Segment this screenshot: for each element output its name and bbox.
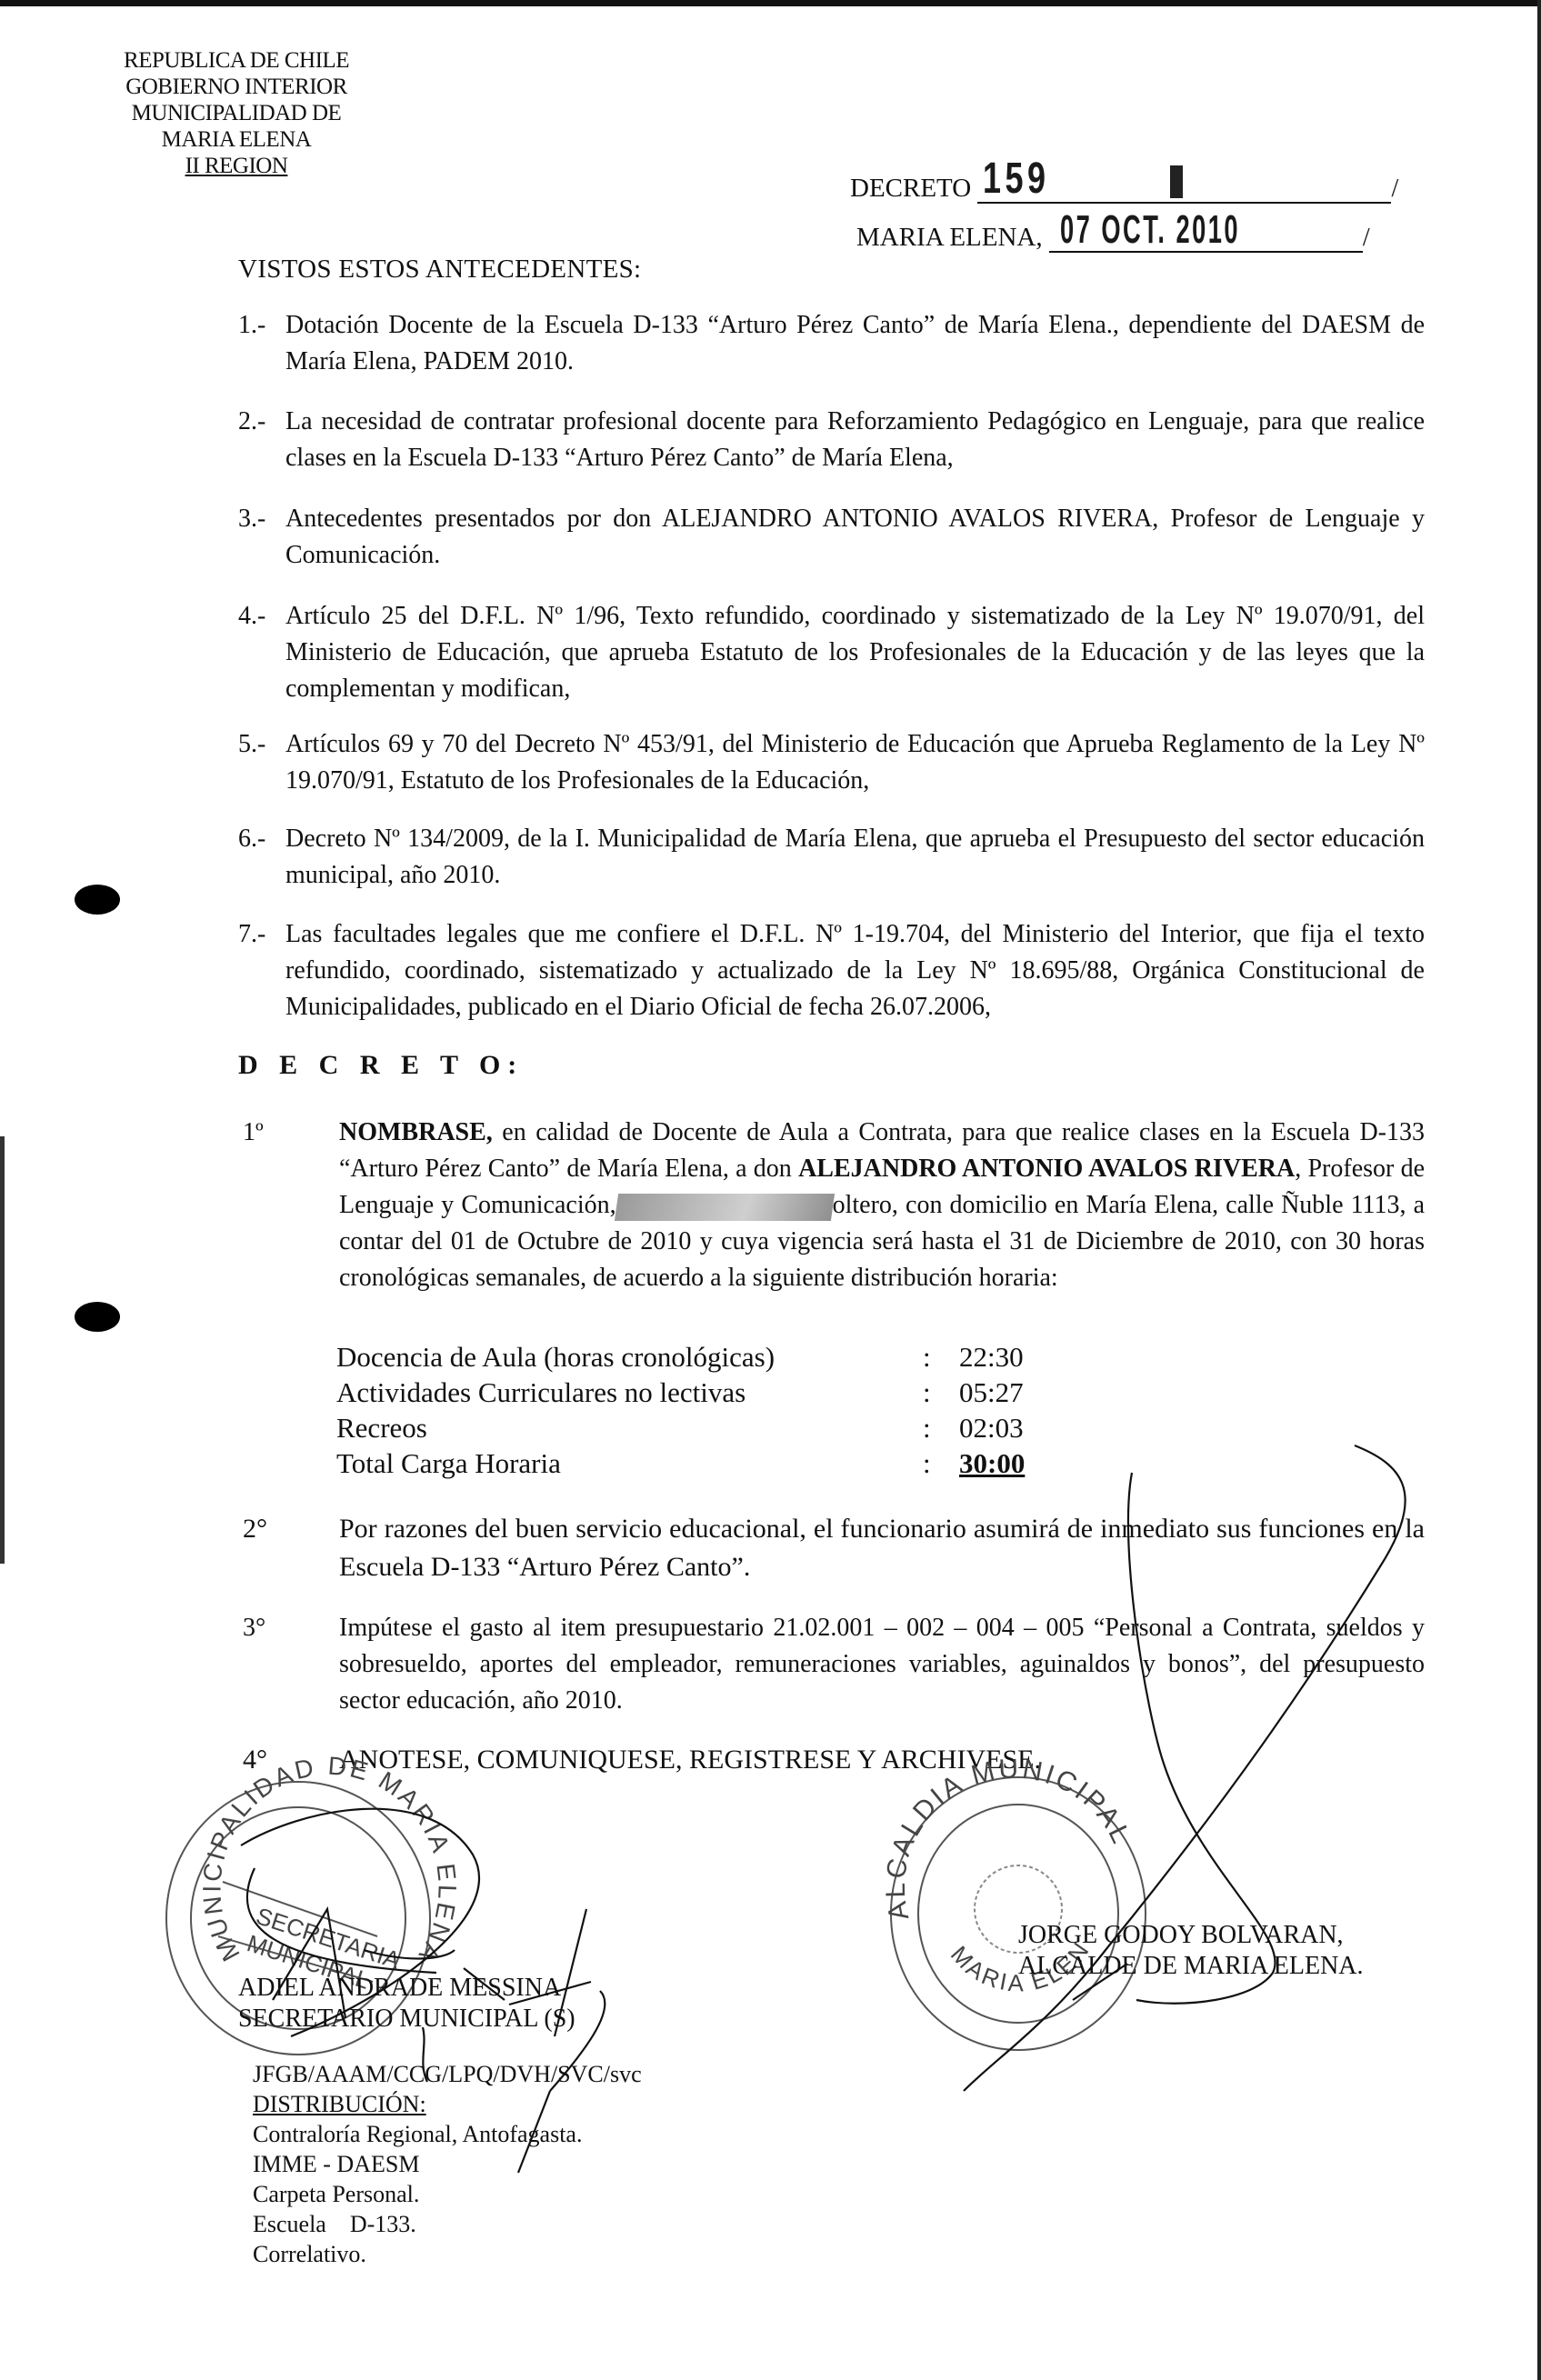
- vistos-item: 4.- Artículo 25 del D.F.L. Nº 1/96, Text…: [238, 598, 1425, 707]
- letterhead-line: GOBIERNO INTERIOR: [100, 74, 373, 100]
- svg-text:MUNICIPALIDAD DE MARIA ELENA: MUNICIPALIDAD DE MARIA ELENA: [197, 1752, 461, 1970]
- decree-number-stamp: 159: [983, 154, 1050, 204]
- mayor-title: ALCALDE DE MARIA ELENA.: [1018, 1951, 1364, 1982]
- letterhead-line: REPUBLICA DE CHILE: [100, 47, 373, 74]
- letterhead-line: MUNICIPALIDAD DE: [100, 100, 373, 126]
- line-end-mark: /: [1363, 224, 1370, 252]
- item-number: 7.-: [238, 916, 265, 953]
- item-number: 4.-: [238, 598, 265, 635]
- letterhead-region: II REGION: [185, 154, 288, 178]
- table-row-total: Total Carga Horaria:30:00: [336, 1445, 1050, 1481]
- row-value-total: 30:00: [959, 1445, 1050, 1481]
- reference-initials: JFGB/AAAM/CCG/LPQ/DVH/SVC/svc: [253, 2059, 642, 2089]
- table-row: Docencia de Aula (horas cronológicas):22…: [336, 1339, 1050, 1375]
- vistos-item: 6.- Decreto Nº 134/2009, de la I. Munici…: [238, 821, 1425, 894]
- clause-number: 4°: [243, 1742, 267, 1778]
- decree-date-stamp: 07 OCT. 2010: [1060, 207, 1240, 253]
- row-value: 05:27: [959, 1375, 1050, 1410]
- scan-right-edge: [1537, 0, 1541, 2380]
- item-number: 2.-: [238, 404, 265, 440]
- item-text: Artículo 25 del D.F.L. Nº 1/96, Texto re…: [285, 598, 1425, 707]
- item-number: 6.-: [238, 821, 265, 857]
- scan-left-edge: [0, 1136, 5, 1564]
- svg-text:SECRETARIA: SECRETARIA: [253, 1902, 404, 1974]
- ink-blot: [1170, 165, 1183, 198]
- row-label: Recreos: [336, 1410, 923, 1445]
- mayor-name: JORGE GODOY BOLVARAN,: [1018, 1920, 1364, 1951]
- row-value: 22:30: [959, 1339, 1050, 1375]
- clause-1: 1º NOMBRASE, en calidad de Docente de Au…: [243, 1115, 1425, 1296]
- place-label: MARIA ELENA,: [856, 223, 1043, 252]
- svg-text:ALCALDIA MUNICIPAL: ALCALDIA MUNICIPAL: [881, 1754, 1137, 1923]
- footer: JFGB/AAAM/CCG/LPQ/DVH/SVC/svc DISTRIBUCI…: [253, 2059, 642, 2269]
- table-row: Actividades Curriculares no lectivas:05:…: [336, 1375, 1050, 1410]
- decree-label: DECRETO: [850, 174, 971, 203]
- schedule-table: Docencia de Aula (horas cronológicas):22…: [336, 1339, 1050, 1481]
- decree-date-line: MARIA ELENA, 07 OCT. 2010 /: [856, 220, 1370, 253]
- mayor-seal: [891, 1777, 1146, 2050]
- item-text: Las facultades legales que me confiere e…: [285, 916, 1425, 1025]
- punch-hole: [75, 885, 120, 915]
- clause-text: ANOTESE, COMUNIQUESE, REGISTRESE Y ARCHI…: [339, 1742, 1425, 1778]
- secretary-name: ADIEL ANDRADE MESSINA: [238, 1973, 575, 2004]
- clause-text: NOMBRASE, en calidad de Docente de Aula …: [339, 1115, 1425, 1296]
- clause-4: 4° ANOTESE, COMUNIQUESE, REGISTRESE Y AR…: [243, 1742, 1425, 1778]
- distribution-item: IMME - DAESM: [253, 2149, 642, 2179]
- vistos-item: 1.- Dotación Docente de la Escuela D-133…: [238, 307, 1425, 380]
- distribution-item: Carpeta Personal.: [253, 2179, 642, 2209]
- letterhead: REPUBLICA DE CHILE GOBIERNO INTERIOR MUN…: [100, 47, 373, 179]
- table-row: Recreos:02:03: [336, 1410, 1050, 1445]
- distribution-item: Escuela D-133.: [253, 2209, 642, 2239]
- item-number: 5.-: [238, 726, 265, 763]
- letterhead-line: MARIA ELENA: [100, 126, 373, 153]
- line-end-mark: /: [1391, 175, 1398, 203]
- item-text: Decreto Nº 134/2009, de la I. Municipali…: [285, 821, 1425, 894]
- clause-number: 2°: [243, 1510, 267, 1548]
- row-label: Total Carga Horaria: [336, 1445, 923, 1481]
- distribution-heading: DISTRIBUCIÓN:: [253, 2091, 426, 2117]
- scan-top-edge: [0, 0, 1541, 6]
- clause-text: Impútese el gasto al item presupuestario…: [339, 1610, 1425, 1719]
- clause-number: 1º: [243, 1115, 264, 1151]
- secretary-title: SECRETARIO MUNICIPAL (S): [238, 2004, 575, 2035]
- row-value: 02:03: [959, 1410, 1050, 1445]
- item-text: La necesidad de contratar profesional do…: [285, 404, 1425, 476]
- clause-3: 3° Impútese el gasto al item presupuesta…: [243, 1610, 1425, 1719]
- clause-text: Por razones del buen servicio educaciona…: [339, 1510, 1425, 1586]
- decreto-heading: D E C R E T O:: [238, 1050, 524, 1081]
- punch-hole: [75, 1302, 120, 1332]
- row-label: Docencia de Aula (horas cronológicas): [336, 1339, 923, 1375]
- vistos-item: 2.- La necesidad de contratar profesiona…: [238, 404, 1425, 476]
- redaction-mark: [615, 1194, 835, 1221]
- vistos-item: 5.- Artículos 69 y 70 del Decreto Nº 453…: [238, 726, 1425, 799]
- row-label: Actividades Curriculares no lectivas: [336, 1375, 923, 1410]
- decree-number-line: DECRETO 159 /: [850, 171, 1398, 204]
- item-text: Antecedentes presentados por don ALEJAND…: [285, 501, 1425, 574]
- clause-lead: NOMBRASE,: [339, 1118, 493, 1146]
- vistos-item: 3.- Antecedentes presentados por don ALE…: [238, 501, 1425, 574]
- clause-2: 2° Por razones del buen servicio educaci…: [243, 1510, 1425, 1586]
- mayor-signature-block: JORGE GODOY BOLVARAN, ALCALDE DE MARIA E…: [1018, 1920, 1364, 1982]
- appointee-name: ALEJANDRO ANTONIO AVALOS RIVERA: [798, 1155, 1295, 1183]
- item-number: 1.-: [238, 307, 265, 344]
- distribution-item: Correlativo.: [253, 2239, 642, 2269]
- item-text: Dotación Docente de la Escuela D-133 “Ar…: [285, 307, 1425, 380]
- distribution-item: Contraloría Regional, Antofagasta.: [253, 2119, 642, 2149]
- vistos-item: 7.- Las facultades legales que me confie…: [238, 916, 1425, 1025]
- item-number: 3.-: [238, 501, 265, 537]
- vistos-heading: VISTOS ESTOS ANTECEDENTES:: [238, 255, 641, 285]
- secretary-signature-block: ADIEL ANDRADE MESSINA SECRETARIO MUNICIP…: [238, 1973, 575, 2035]
- item-text: Artículos 69 y 70 del Decreto Nº 453/91,…: [285, 726, 1425, 799]
- clause-number: 3°: [243, 1610, 265, 1646]
